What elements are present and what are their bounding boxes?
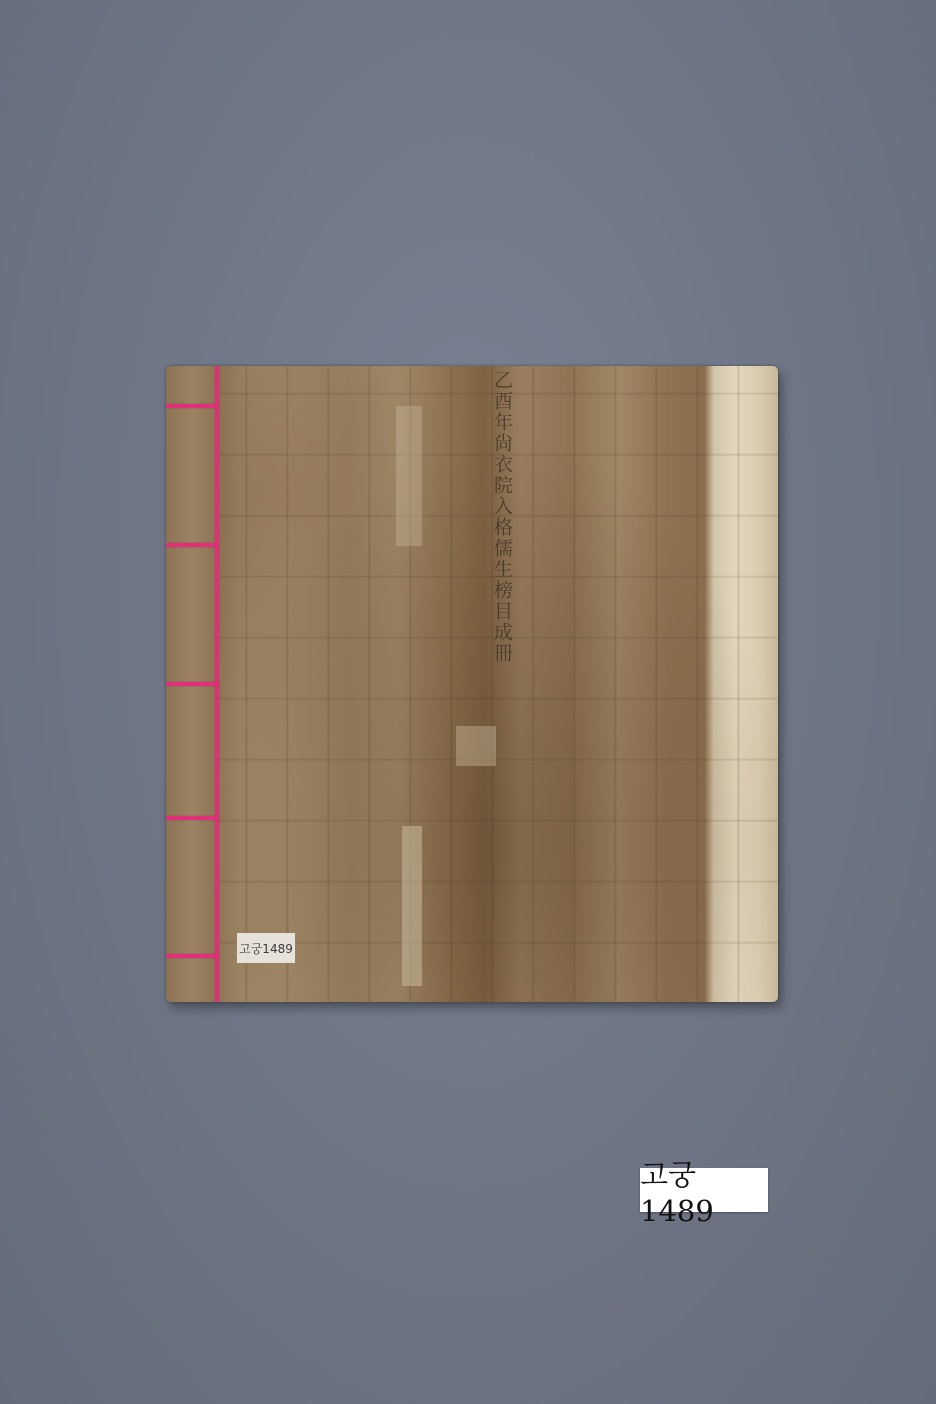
binding-stitch — [166, 543, 219, 547]
catalog-sticker: 고궁1489 — [237, 933, 295, 963]
cover-title: 乙酉年尙衣院入格儒生榜目成冊 — [492, 370, 516, 690]
binding-stitch — [166, 404, 219, 408]
worn-area — [396, 406, 422, 546]
worn-area — [456, 726, 496, 766]
binding-stitch — [166, 954, 219, 958]
worn-area — [402, 826, 422, 986]
museum-catalog-label: 고궁1489 — [640, 1168, 768, 1212]
binding-stitch — [166, 816, 219, 820]
book-cover: 乙酉年尙衣院入格儒生榜目成冊 고궁1489 — [166, 366, 778, 1002]
binding-stitch — [166, 682, 219, 686]
